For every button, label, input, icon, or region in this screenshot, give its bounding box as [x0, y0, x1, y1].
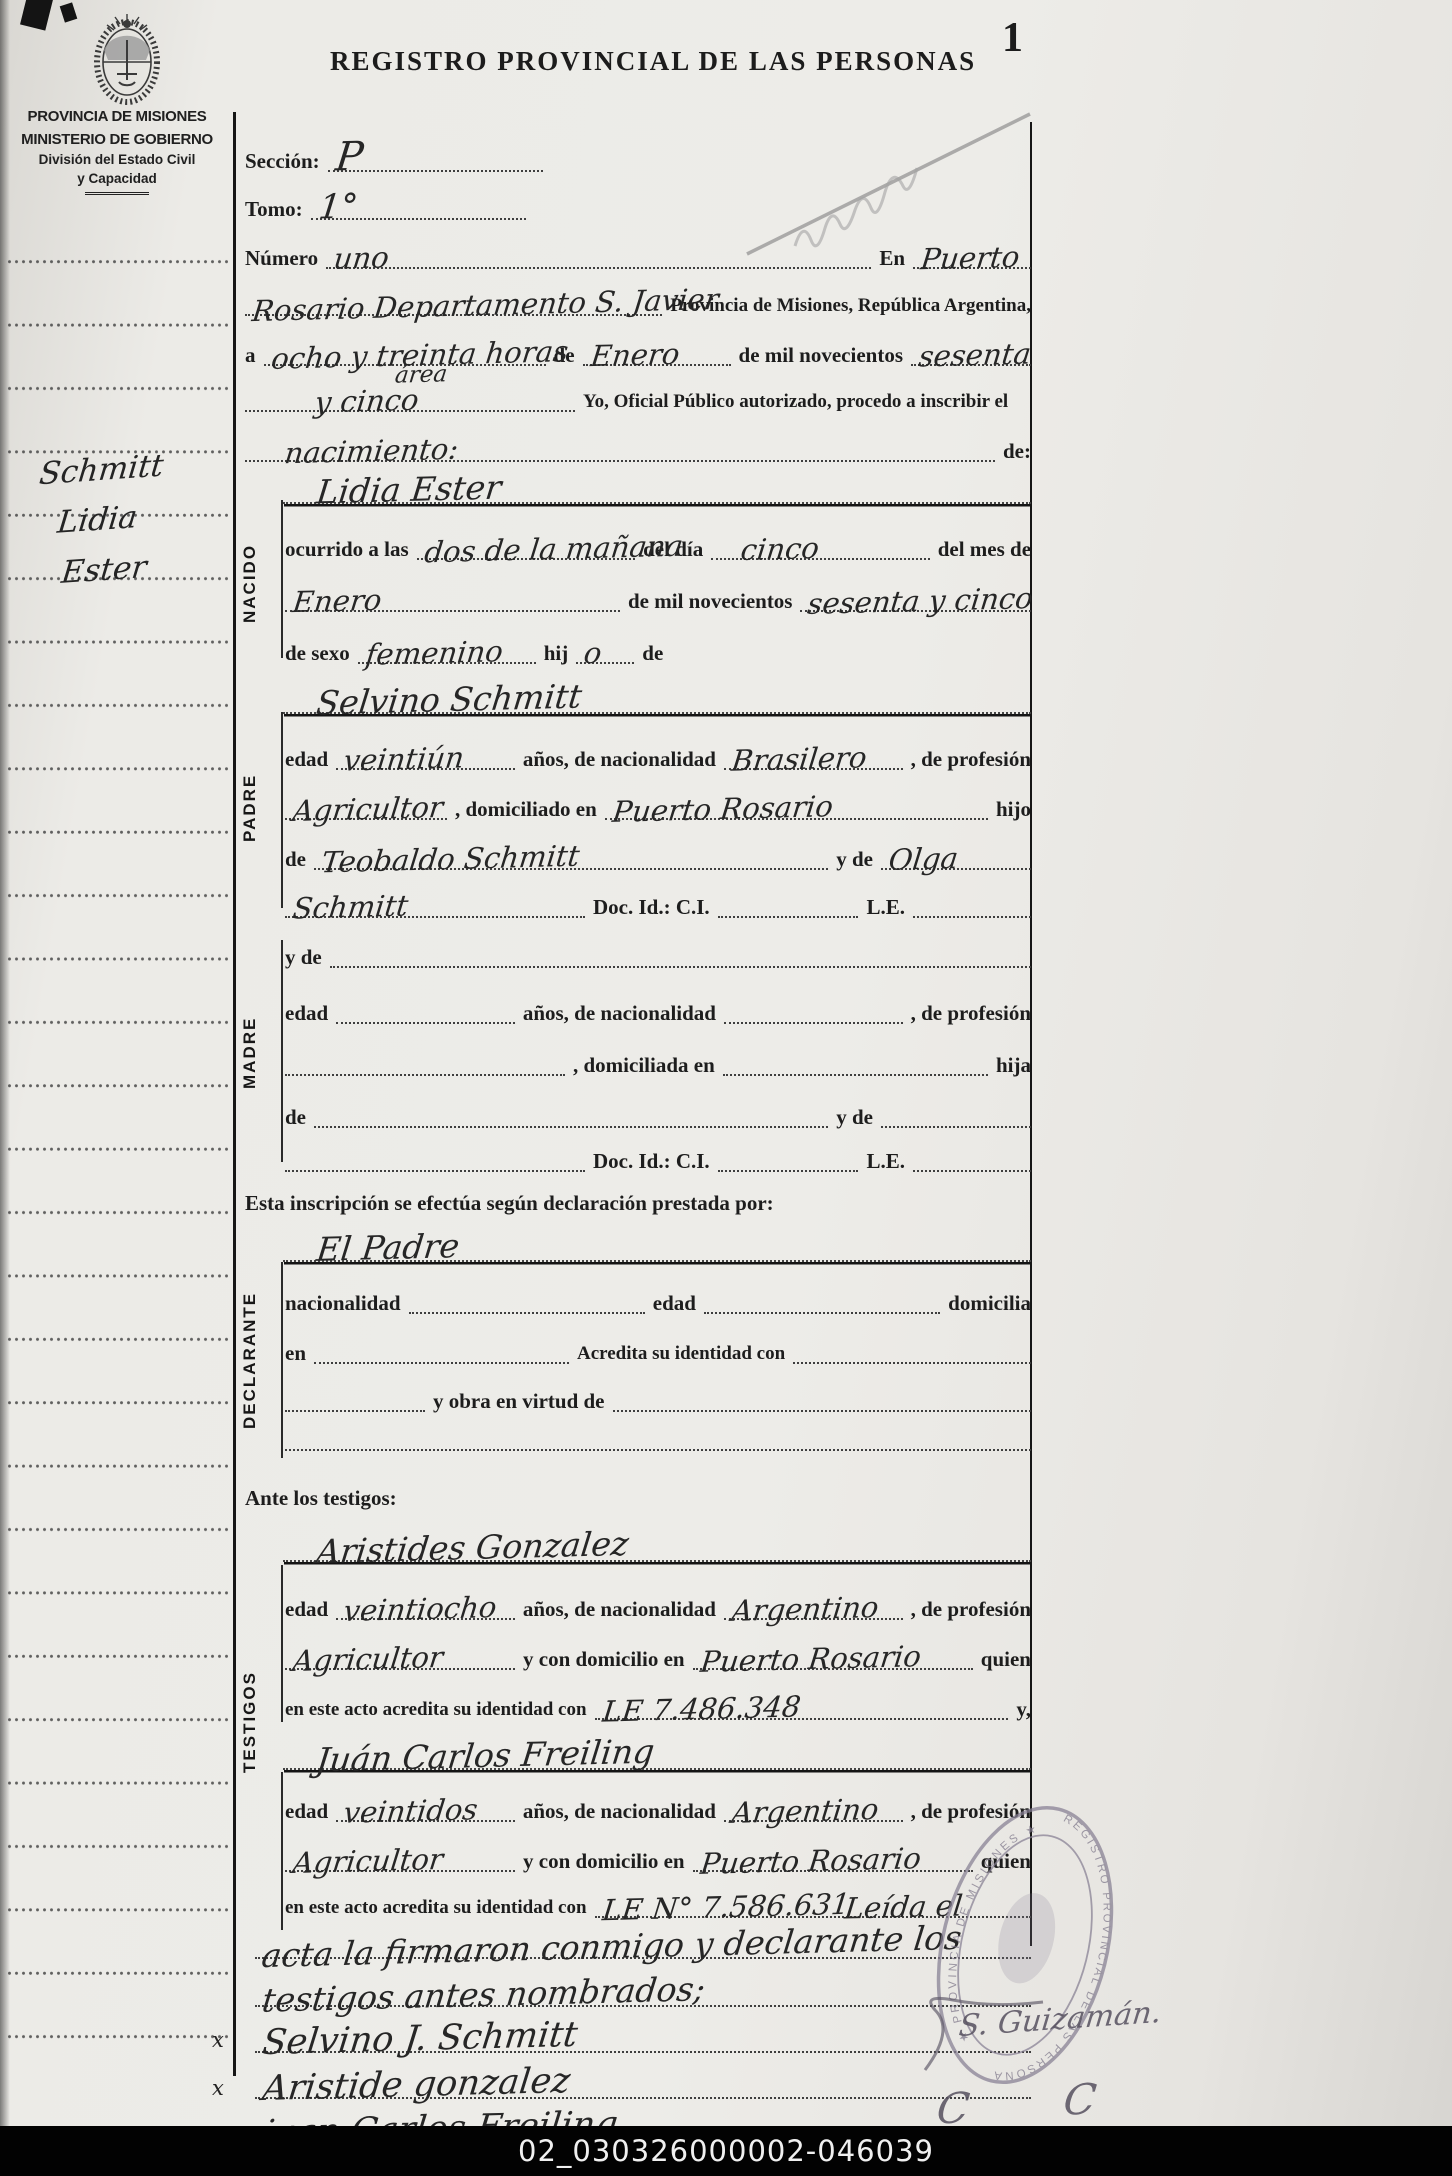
madre-hija-label: hija: [996, 1054, 1031, 1076]
madre-le-label: L.E.: [866, 1150, 905, 1172]
witness1-name-row: Aristides Gonzalez: [283, 1514, 1031, 1562]
declarante-quien: El Padre: [315, 1232, 461, 1264]
declarante-acredita-label: Acredita su identidad con: [577, 1344, 785, 1364]
mes-label: del mes de: [938, 538, 1031, 560]
madre-de-label: de: [285, 1106, 306, 1128]
signature-x-mark: x: [212, 2076, 224, 2100]
t1-edad-label: edad: [285, 1598, 328, 1620]
declarante-acredita-blank: [793, 1353, 1031, 1364]
scan-artifact: [20, 0, 54, 31]
abuelo-blank: Teobaldo Schmitt: [314, 859, 828, 870]
padre-edad-label: edad: [285, 748, 328, 770]
madre-yde-label: y de: [285, 946, 322, 968]
t2-edad-blank: veintidos: [336, 1811, 515, 1822]
firma-testigo1: Aristide gonzalez: [261, 2067, 572, 2105]
field-row-oficial: y cinco área Yo, Oficial Público autoriz…: [245, 392, 1031, 412]
field-row-sexo: de sexo femenino hij o de: [285, 642, 1031, 664]
madre-yde2-label: y de: [836, 1106, 873, 1128]
t2-nacionalidad-blank: Argentino: [724, 1811, 903, 1822]
section-bracket-madre: [281, 940, 283, 1162]
field-row-madre-nombre: y de: [285, 946, 1031, 968]
father-name-row: Selvino Schmitt: [283, 666, 1031, 714]
seccion-label: Sección:: [245, 150, 320, 172]
father-name: Selvino Schmitt: [315, 682, 583, 717]
abuela-paterna: Olga: [887, 847, 959, 873]
tomo-value: 1°: [317, 193, 359, 223]
field-row-padre-edad: edad veintiún años, de nacionalidad Bras…: [285, 748, 1031, 770]
section-bracket-testigos2: [281, 1772, 283, 1930]
provincia-text: Provincia de Misiones, República Argenti…: [670, 296, 1031, 316]
numero-label: Número: [245, 247, 318, 269]
t1-domicilio-blank: Puerto Rosario: [693, 1659, 973, 1670]
field-row-mes-nacimiento: Enero de mil novecientos sesenta y cinco: [285, 590, 1031, 612]
witness2-name-row: Juán Carlos Freiling: [283, 1722, 1031, 1770]
witness2-name: Juán Carlos Freiling: [315, 1738, 656, 1775]
padre-ci-blank: [718, 907, 859, 918]
child-name-row: Lidia Ester: [283, 456, 1031, 504]
padre-nacionalidad-blank: Brasilero: [724, 759, 903, 770]
madre-nombre-blank: [330, 957, 1031, 968]
ocurrido-label: ocurrido a las: [285, 538, 409, 560]
tomo-blank: 1°: [311, 209, 526, 220]
declarante-en-label: en: [285, 1342, 306, 1364]
en-blank: Puerto: [913, 258, 1031, 269]
t1-edad: veintiocho: [343, 1595, 499, 1624]
declarante-edad-label: edad: [653, 1292, 696, 1314]
abuelo-paterno: Teobaldo Schmitt: [320, 844, 581, 875]
t2-edad-label: edad: [285, 1800, 328, 1822]
cierre-linea1: acta la firmaron conmigo y declarante lo…: [260, 1924, 963, 1970]
field-row-seccion: Sección: P: [245, 150, 1031, 172]
official-oval-stamp: REGISTRO PROVINCIAL DE LAS PERSONAS ★ PR…: [905, 1770, 1145, 2125]
madre-edad-blank: [336, 1013, 515, 1024]
scanned-birth-certificate: 1 REGISTRO PROVINCIAL DE LAS PERSONAS PR…: [0, 0, 1452, 2176]
mes-value: Enero: [589, 342, 680, 369]
section-label-madre: MADRE: [240, 985, 264, 1120]
padre-le-label: L.E.: [866, 896, 905, 918]
lugar-value: Rosario Departamento S. Javier: [251, 287, 720, 324]
field-row-madre-edad: edad años, de nacionalidad , de profesió…: [285, 1002, 1031, 1024]
t1-profesion-label: , de profesión: [911, 1598, 1031, 1620]
novecientos-label: de mil novecientos: [739, 344, 903, 366]
interline-note: área: [394, 366, 448, 387]
anio-blank: sesenta: [911, 355, 1031, 366]
field-row-tomo: Tomo: 1°: [245, 198, 1031, 220]
padre-profesion-blank: Agricultor: [285, 809, 447, 820]
hijo-de-label: de: [642, 642, 663, 664]
declarante-nacionalidad-blank: [409, 1303, 645, 1314]
hijo-label: hij: [544, 642, 569, 664]
mes-blank: Enero: [583, 355, 731, 366]
madre-nacionalidad-label: años, de nacionalidad: [523, 1002, 716, 1024]
numero-blank: uno: [326, 258, 871, 269]
tomo-label: Tomo:: [245, 198, 303, 220]
novecientos-nacido-label: de mil novecientos: [628, 590, 792, 612]
seccion-value: P: [334, 140, 365, 175]
declarante-empty-row: [285, 1440, 1031, 1451]
madre-nacionalidad-blank: [724, 1013, 903, 1024]
firma-padre: Selvino J. Schmitt: [261, 2021, 579, 2059]
testigos-intro-row: Ante los testigos:: [245, 1487, 1031, 1509]
t1-domicilio: Puerto Rosario: [699, 1645, 922, 1675]
lugar-blank: Rosario Departamento S. Javier: [245, 305, 662, 316]
declarante-nacionalidad-label: nacionalidad: [285, 1292, 401, 1314]
t1-nacionalidad-label: años, de nacionalidad: [523, 1598, 716, 1620]
t2-acredita-label: en este acto acredita su identidad con: [285, 1898, 587, 1918]
scan-artifact: [60, 2, 78, 22]
section-label-nacido: NACIDO: [240, 508, 264, 658]
padre-doc-label: Doc. Id.: C.I.: [593, 896, 710, 918]
abuela-materna-blank: [881, 1117, 1031, 1128]
t1-edad-blank: veintiocho: [336, 1609, 515, 1620]
field-row-madre-domicilio: , domiciliada en hija: [285, 1054, 1031, 1076]
madre-profesion-label: , de profesión: [911, 1002, 1031, 1024]
madre-ci-blank: [718, 1161, 859, 1172]
section-bracket-declarante: [281, 1262, 283, 1458]
padre-nacionalidad-label: años, de nacionalidad: [523, 748, 716, 770]
mes-nacimiento-blank: Enero: [285, 601, 620, 612]
division-line1: División del Estado Civil: [10, 151, 224, 170]
anio-cont-value: y cinco: [313, 388, 420, 415]
declarante-obra-pre-blank: [285, 1401, 425, 1412]
field-row-ocurrido: ocurrido a las dos de la mañana del día …: [285, 538, 1031, 560]
sexo-value: femenino: [364, 640, 504, 668]
field-row-fecha: a ocho y treinta horas de Enero de mil n…: [245, 344, 1031, 366]
padre-edad: veintiún: [343, 746, 466, 774]
field-row-declarante-en: en Acredita su identidad con: [285, 1342, 1031, 1364]
division-line2: y Capacidad: [10, 170, 224, 189]
field-row-padre-abuelos: de Teobaldo Schmitt y de Olga: [285, 848, 1031, 870]
section-bracket-testigos1: [281, 1565, 283, 1722]
cierre-linea2: testigos antes nombrados;: [261, 1975, 707, 2015]
en-value: Puerto: [919, 245, 1020, 272]
t2-profesion: Agricultor: [291, 1847, 444, 1876]
t1-domicilio-label: y con domicilio en: [523, 1648, 685, 1670]
field-row-madre-abuelos: de y de: [285, 1106, 1031, 1128]
abuela-blank: Olga: [881, 859, 1031, 870]
anio-nacimiento-blank: sesenta y cinco: [800, 601, 1031, 612]
field-row-t1-domicilio: Agricultor y con domicilio en Puerto Ros…: [285, 1648, 1031, 1670]
t1-documento: LE 7.486.348: [601, 1695, 802, 1725]
form-left-rule: [233, 112, 236, 2076]
ministry-name: MINISTERIO DE GOBIERNO: [10, 129, 224, 152]
field-row-lugar: Rosario Departamento S. Javier Provincia…: [245, 296, 1031, 316]
a-label: a: [245, 344, 256, 366]
divider: [85, 192, 149, 195]
t1-profesion-blank: Agricultor: [285, 1659, 515, 1670]
madre-doc-label: Doc. Id.: C.I.: [593, 1150, 710, 1172]
field-row-t1-edad: edad veintiocho años, de nacionalidad Ar…: [285, 1598, 1031, 1620]
document-title: REGISTRO PROVINCIAL DE LAS PERSONAS: [330, 46, 976, 77]
anio-cont-blank: y cinco área: [245, 401, 575, 412]
declarante-obra-label: y obra en virtud de: [433, 1390, 605, 1412]
oficial-text: Yo, Oficial Público autorizado, procedo …: [583, 392, 1008, 412]
en-label: En: [879, 247, 905, 269]
hijo-letra: o: [583, 641, 603, 666]
t2-edad: veintidos: [343, 1798, 480, 1826]
padre-profesion-label: , de profesión: [911, 748, 1031, 770]
t1-nacionalidad-blank: Argentino: [724, 1609, 903, 1620]
scan-footer-bar: 02_030326000002-046039: [0, 2126, 1452, 2176]
declarante-en-blank: [314, 1353, 569, 1364]
field-row-t1-doc: en este acto acredita su identidad con L…: [285, 1698, 1031, 1720]
hijo-letra-blank: o: [576, 653, 634, 664]
padre-profesion: Agricultor: [291, 795, 444, 824]
page-number: 1: [1002, 14, 1023, 62]
madre-le-blank: [913, 1161, 1031, 1172]
t1-profesion: Agricultor: [291, 1645, 444, 1674]
section-label-padre: PADRE: [240, 735, 264, 880]
testigos-intro: Ante los testigos:: [245, 1487, 397, 1509]
field-row-padre-doc: Schmitt Doc. Id.: C.I. L.E.: [285, 896, 1031, 918]
witness1-name: Aristides Gonzalez: [315, 1530, 630, 1566]
sexo-label: de sexo: [285, 642, 350, 664]
declarante-intro-row: Esta inscripción se efectúa según declar…: [245, 1192, 1031, 1214]
declarante-edad-blank: [704, 1303, 940, 1314]
declarante-domicilia-label: domicilia: [948, 1292, 1031, 1314]
field-row-numero: Número uno En Puerto: [245, 247, 1031, 269]
hora-nacimiento: dos de la mañana: [423, 534, 684, 565]
anio-nacimiento: sesenta y cinco: [807, 586, 1035, 617]
t1-y-label: y,: [1016, 1698, 1031, 1720]
abuelo-materno-blank: [314, 1117, 828, 1128]
t1-acredita-label: en este acto acredita su identidad con: [285, 1700, 587, 1720]
margin-given-name2: Ester: [60, 549, 149, 591]
issuing-office-block: PROVINCIA DE MISIONES MINISTERIO DE GOBI…: [10, 106, 224, 195]
padre-domicilio-blank: Puerto Rosario: [605, 809, 988, 820]
padre-yde-label: y de: [836, 848, 873, 870]
sexo-blank: femenino: [358, 653, 536, 664]
t2-profesion-blank: Agricultor: [285, 1861, 515, 1872]
abuela-apellido: Schmitt: [291, 894, 409, 922]
t2-domicilio-label: y con domicilio en: [523, 1850, 685, 1872]
argentina-coat-of-arms-icon: [86, 12, 168, 113]
field-row-padre-domicilio: Agricultor , domiciliado en Puerto Rosar…: [285, 798, 1031, 820]
section-label-testigos: TESTIGOS: [240, 1635, 264, 1810]
madre-doc-pre-blank: [285, 1161, 585, 1172]
t2-nacionalidad-label: años, de nacionalidad: [523, 1800, 716, 1822]
scan-code: 02_030326000002-046039: [518, 2134, 934, 2168]
field-row-declarante-obra: y obra en virtud de: [285, 1390, 1031, 1412]
child-name: Lidia Ester: [315, 474, 503, 507]
numero-value: uno: [333, 246, 391, 272]
padre-edad-blank: veintiún: [336, 759, 515, 770]
t1-nacionalidad: Argentino: [730, 1595, 880, 1623]
madre-profesion-blank: [285, 1065, 565, 1076]
anio-value: sesenta: [917, 342, 1032, 370]
section-bracket-padre: [281, 712, 283, 908]
mes-nacimiento: Enero: [291, 588, 382, 615]
seccion-blank: P: [328, 161, 543, 172]
madre-edad-label: edad: [285, 1002, 328, 1024]
declarante-empty-blank: [285, 1440, 1031, 1451]
field-row-declarante-nac: nacionalidad edad domicilia: [285, 1292, 1031, 1314]
padre-domicilio-label: , domiciliado en: [455, 798, 597, 820]
hora-nacimiento-blank: dos de la mañana: [417, 549, 635, 560]
madre-domicilio-blank: [723, 1065, 988, 1076]
padre-hijo-label: hijo: [996, 798, 1031, 820]
padre-nacionalidad: Brasilero: [730, 746, 868, 774]
section-bracket-nacido: [281, 500, 283, 658]
t2-domicilio: Puerto Rosario: [699, 1847, 922, 1877]
t1-quien-label: quien: [981, 1648, 1031, 1670]
section-label-declarante: DECLARANTE: [240, 1258, 264, 1463]
field-row-madre-doc: Doc. Id.: C.I. L.E.: [285, 1150, 1031, 1172]
t1-doc-blank: LE 7.486.348: [595, 1709, 1009, 1720]
declarante-name-row: El Padre: [283, 1214, 1031, 1262]
madre-domicilio-label: , domiciliada en: [573, 1054, 715, 1076]
dia-value: cinco: [740, 536, 821, 563]
t2-nacionalidad: Argentino: [730, 1797, 880, 1825]
t2-documento: LE N° 7.586.631: [601, 1892, 851, 1923]
declarante-intro: Esta inscripción se efectúa según declar…: [245, 1192, 774, 1214]
padre-de-label: de: [285, 848, 306, 870]
signature-x-mark: x: [212, 2028, 224, 2052]
declarante-obra-blank: [613, 1401, 1031, 1412]
province-name: PROVINCIA DE MISIONES: [10, 106, 224, 129]
margin-given-name1: Lidia: [56, 499, 139, 540]
abuela-apellido-blank: Schmitt: [285, 907, 585, 918]
dia-blank: cinco: [711, 549, 929, 560]
padre-domicilio: Puerto Rosario: [611, 795, 834, 825]
padre-le-blank: [913, 907, 1031, 918]
